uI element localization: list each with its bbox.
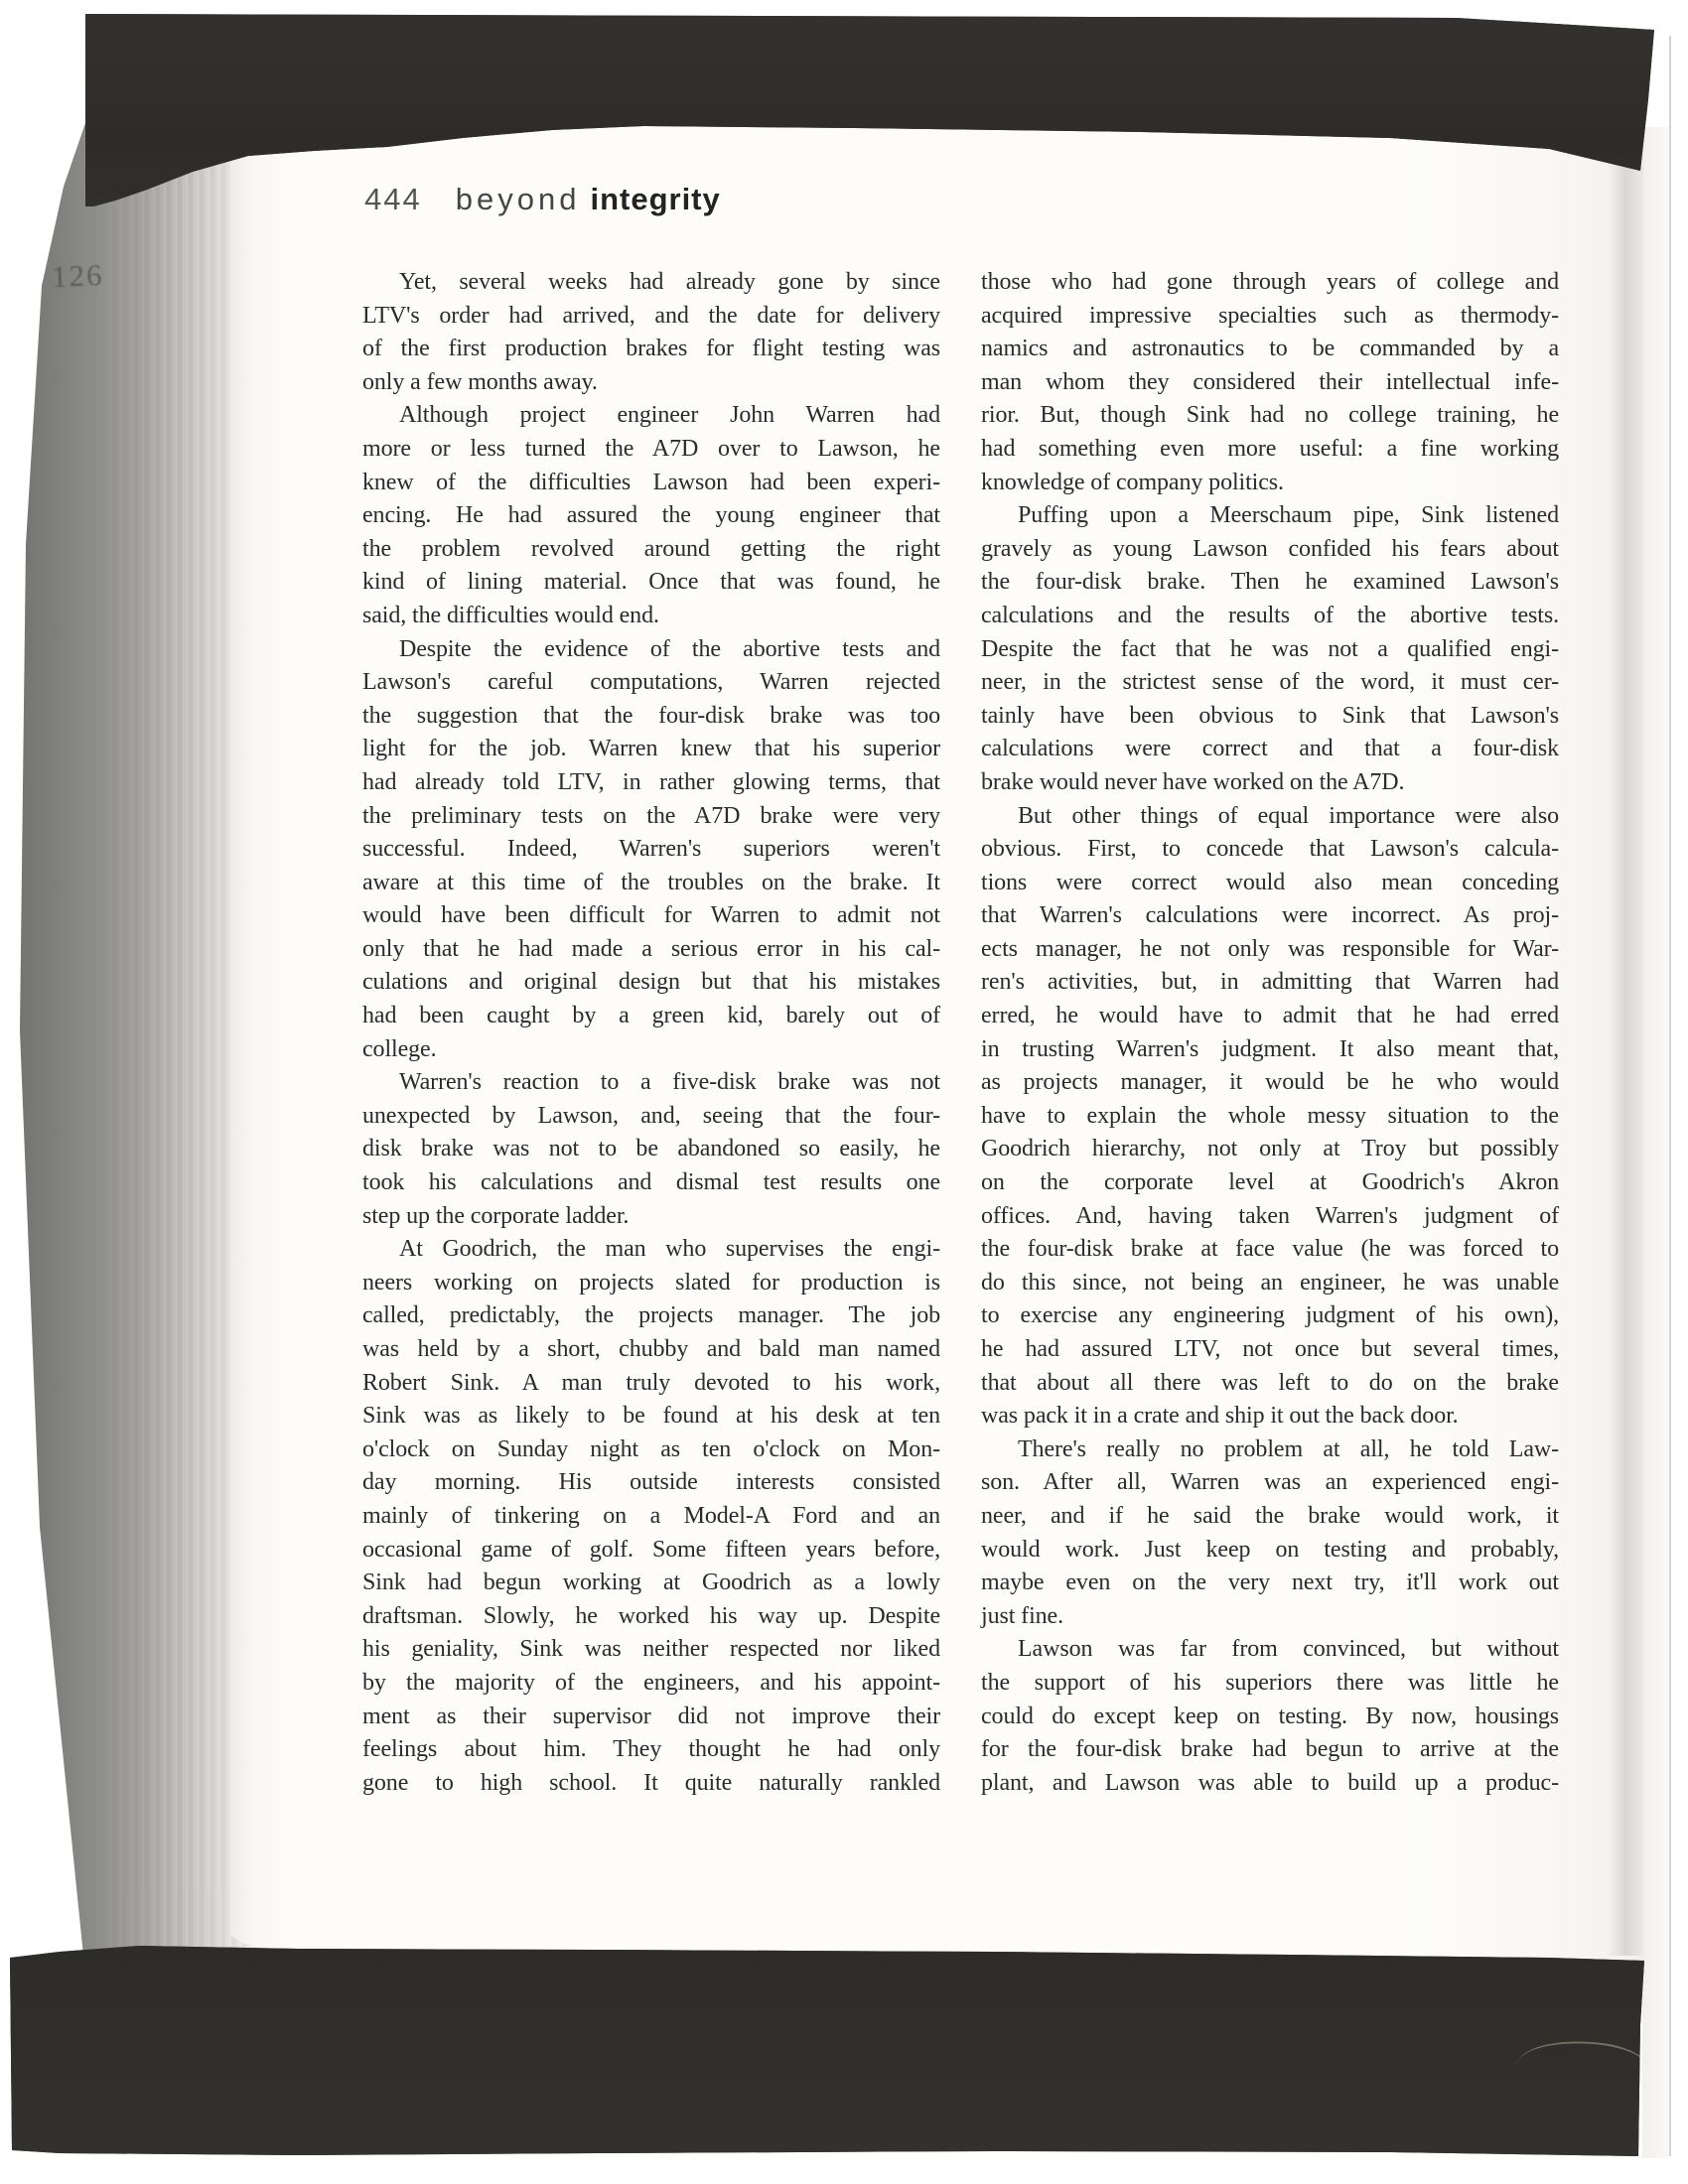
text-line: was held by a short, chubby and bald man… <box>362 1333 940 1367</box>
text-line: day morning. His outside interests consi… <box>362 1466 940 1500</box>
text-line: At Goodrich, the man who supervises the … <box>362 1233 940 1267</box>
text-line: for the four-disk brake had begun to arr… <box>981 1733 1559 1767</box>
book-title-bold: integrity <box>590 182 720 216</box>
text-line: encing. He had assured the young enginee… <box>362 499 940 533</box>
page-right-crease-shadow <box>1607 139 1642 1956</box>
text-line: Robert Sink. A man truly devoted to his … <box>362 1367 940 1401</box>
text-line: ren's activities, but, in admitting that… <box>981 966 1559 1000</box>
text-line: his geniality, Sink was neither respecte… <box>362 1633 940 1667</box>
text-line: took his calculations and dismal test re… <box>362 1166 940 1200</box>
text-line: the preliminary tests on the A7D brake w… <box>362 800 940 834</box>
text-line: had already told LTV, in rather glowing … <box>362 766 940 800</box>
paragraph: Puffing upon a Meerschaum pipe, Sink lis… <box>981 499 1559 799</box>
text-line: just fine. <box>981 1600 1559 1634</box>
text-line: have to explain the whole messy situatio… <box>981 1100 1559 1134</box>
text-line: calculations and the results of the abor… <box>981 600 1559 633</box>
paragraph: Although project engineer John Warren ha… <box>362 399 940 632</box>
text-line: could do except keep on testing. By now,… <box>981 1701 1559 1734</box>
scanned-book-page: 126 444beyondintegrity Yet, several week… <box>0 0 1688 2184</box>
text-column-right: those who had gone through years of coll… <box>981 266 1559 1800</box>
text-line: maybe even on the very next try, it'll w… <box>981 1567 1559 1600</box>
text-line: college. <box>362 1033 940 1067</box>
text-line: unexpected by Lawson, and, seeing that t… <box>362 1100 940 1134</box>
text-line: Despite the evidence of the abortive tes… <box>362 633 940 667</box>
paragraph: At Goodrich, the man who supervises the … <box>362 1233 940 1800</box>
text-line: tainly have been obvious to Sink that La… <box>981 700 1559 734</box>
text-line: the four-disk brake. Then he examined La… <box>981 566 1559 600</box>
text-line: he had assured LTV, not once but several… <box>981 1333 1559 1367</box>
text-line: Goodrich hierarchy, not only at Troy but… <box>981 1133 1559 1166</box>
text-line: Lawson's careful computations, Warren re… <box>362 666 940 700</box>
text-line: only a few months away. <box>362 366 940 400</box>
text-column-left: Yet, several weeks had already gone by s… <box>362 266 940 1800</box>
text-line: acquired impressive specialties such as … <box>981 300 1559 334</box>
text-line: tions were correct would also mean conce… <box>981 867 1559 900</box>
text-line: had something even more useful: a fine w… <box>981 433 1559 467</box>
page-right-edge-strip <box>1642 127 1669 2158</box>
text-line: There's really no problem at all, he tol… <box>981 1433 1559 1467</box>
text-line: rior. But, though Sink had no college tr… <box>981 399 1559 433</box>
text-line: kind of lining material. Once that was f… <box>362 566 940 600</box>
paragraph: Lawson was far from convinced, but witho… <box>981 1633 1559 1800</box>
text-line: that Warren's calculations were incorrec… <box>981 899 1559 933</box>
paragraph: Yet, several weeks had already gone by s… <box>362 266 940 399</box>
text-line: would have been difficult for Warren to … <box>362 899 940 933</box>
text-line: said, the difficulties would end. <box>362 600 940 633</box>
text-line: Warren's reaction to a five-disk brake w… <box>362 1066 940 1100</box>
text-line: only that he had made a serious error in… <box>362 933 940 967</box>
paragraph: Despite the evidence of the abortive tes… <box>362 633 940 1067</box>
text-line: ects manager, he not only was responsibl… <box>981 933 1559 967</box>
text-line: as projects manager, it would be he who … <box>981 1066 1559 1100</box>
text-line: step up the corporate ladder. <box>362 1200 940 1234</box>
text-line: Sink had begun working at Goodrich as a … <box>362 1567 940 1600</box>
text-line: disk brake was not to be abandoned so ea… <box>362 1133 940 1166</box>
text-line: more or less turned the A7D over to Laws… <box>362 433 940 467</box>
paragraph: Warren's reaction to a five-disk brake w… <box>362 1066 940 1233</box>
text-line: plant, and Lawson was able to build up a… <box>981 1767 1559 1801</box>
text-line: successful. Indeed, Warren's superiors w… <box>362 833 940 867</box>
page-folio: 444 <box>364 182 422 216</box>
text-line: man whom they considered their intellect… <box>981 366 1559 400</box>
text-line: o'clock on Sunday night as ten o'clock o… <box>362 1433 940 1467</box>
text-line: Although project engineer John Warren ha… <box>362 399 940 433</box>
text-line: the suggestion that the four-disk brake … <box>362 700 940 734</box>
book-title-light: beyond <box>456 182 581 216</box>
text-line: brake would never have worked on the A7D… <box>981 766 1559 800</box>
text-line: aware at this time of the troubles on th… <box>362 867 940 900</box>
page-right-edge-line <box>1669 36 1671 2156</box>
text-line: knew of the difficulties Lawson had been… <box>362 467 940 500</box>
text-line: Puffing upon a Meerschaum pipe, Sink lis… <box>981 499 1559 533</box>
text-line: Yet, several weeks had already gone by s… <box>362 266 940 300</box>
text-line: mainly of tinkering on a Model-A Ford an… <box>362 1500 940 1534</box>
text-line: ment as their supervisor did not improve… <box>362 1701 940 1734</box>
text-line: neer, and if he said the brake would wor… <box>981 1500 1559 1534</box>
text-line: But other things of equal importance wer… <box>981 800 1559 834</box>
text-line: occasional game of golf. Some fifteen ye… <box>362 1534 940 1568</box>
text-line: the support of his superiors there was l… <box>981 1667 1559 1701</box>
text-line: had been caught by a green kid, barely o… <box>362 1000 940 1033</box>
text-line: erred, he would have to admit that he ha… <box>981 1000 1559 1033</box>
text-line: would work. Just keep on testing and pro… <box>981 1534 1559 1568</box>
text-line: on the corporate level at Goodrich's Akr… <box>981 1166 1559 1200</box>
text-line: called, predictably, the projects manage… <box>362 1299 940 1333</box>
text-line: culations and original design but that h… <box>362 966 940 1000</box>
text-line: Sink was as likely to be found at his de… <box>362 1400 940 1433</box>
text-line: Despite the fact that he was not a quali… <box>981 633 1559 667</box>
text-line: namics and astronautics to be commanded … <box>981 333 1559 366</box>
paragraph: those who had gone through years of coll… <box>981 266 1559 499</box>
text-line: was pack it in a crate and ship it out t… <box>981 1400 1559 1433</box>
text-line: draftsman. Slowly, he worked his way up.… <box>362 1600 940 1634</box>
text-line: son. After all, Warren was an experience… <box>981 1466 1559 1500</box>
text-line: do this since, not being an engineer, he… <box>981 1267 1559 1300</box>
previous-page-number: 126 <box>51 257 104 295</box>
text-line: Lawson was far from convinced, but witho… <box>981 1633 1559 1667</box>
text-line: LTV's order had arrived, and the date fo… <box>362 300 940 334</box>
running-head: 444beyondintegrity <box>364 182 721 217</box>
text-line: calculations were correct and that a fou… <box>981 733 1559 766</box>
text-line: by the majority of the engineers, and hi… <box>362 1667 940 1701</box>
text-line: that about all there was left to do on t… <box>981 1367 1559 1401</box>
text-line: knowledge of company politics. <box>981 467 1559 500</box>
paragraph: There's really no problem at all, he tol… <box>981 1433 1559 1634</box>
text-line: feelings about him. They thought he had … <box>362 1733 940 1767</box>
text-line: neers working on projects slated for pro… <box>362 1267 940 1300</box>
text-line: light for the job. Warren knew that his … <box>362 733 940 766</box>
text-line: the problem revolved around getting the … <box>362 533 940 567</box>
text-line: gone to high school. It quite naturally … <box>362 1767 940 1801</box>
text-line: in trusting Warren's judgment. It also m… <box>981 1033 1559 1067</box>
paragraph: But other things of equal importance wer… <box>981 800 1559 1433</box>
text-line: neer, in the strictest sense of the word… <box>981 666 1559 700</box>
text-line: of the first production brakes for fligh… <box>362 333 940 366</box>
text-line: the four-disk brake at face value (he wa… <box>981 1233 1559 1267</box>
text-line: those who had gone through years of coll… <box>981 266 1559 300</box>
text-line: gravely as young Lawson confided his fea… <box>981 533 1559 567</box>
text-line: to exercise any engineering judgment of … <box>981 1299 1559 1333</box>
text-line: offices. And, having taken Warren's judg… <box>981 1200 1559 1234</box>
text-line: obvious. First, to concede that Lawson's… <box>981 833 1559 867</box>
